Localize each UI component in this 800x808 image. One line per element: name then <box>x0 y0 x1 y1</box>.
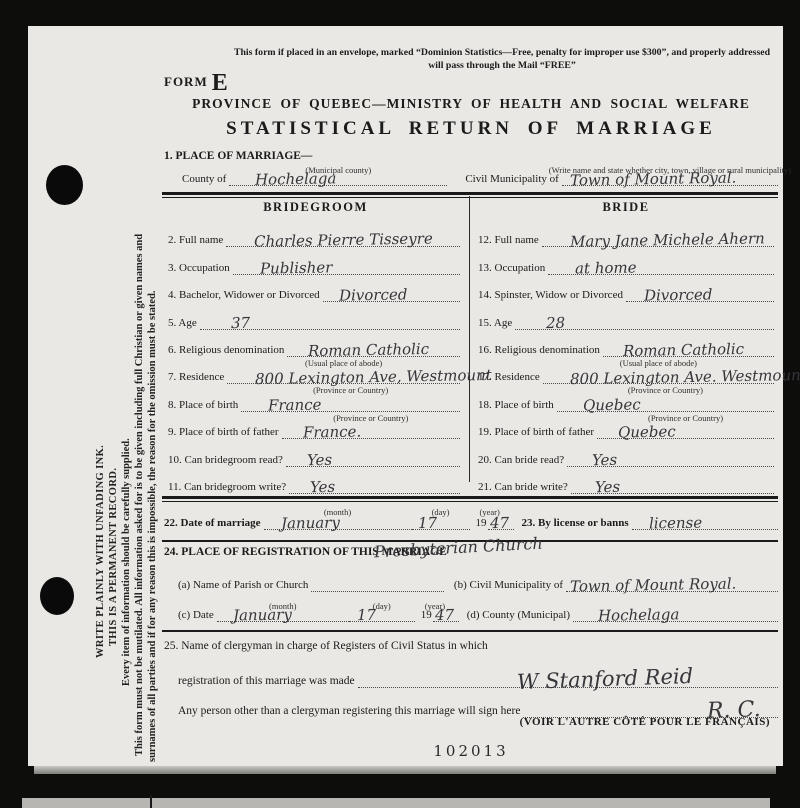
registration-day-caption: (day) <box>373 601 391 611</box>
license-or-banns-label: 23. By license or banns <box>514 517 632 530</box>
day-fill-line: 17 (day) <box>412 505 470 530</box>
fill-in-line: Divorced <box>626 274 774 302</box>
form-row: 6. Religious denominationRoman Catholic <box>164 330 466 357</box>
county-municipal-handwritten-value: Hochelaga <box>597 605 679 624</box>
form-row: 12. Full nameMary Jane Michele Ahern <box>474 220 780 247</box>
clergyman-name-row: registration of this marriage was made W… <box>178 662 778 688</box>
field-label: 9. Place of birth of father <box>164 426 282 439</box>
fill-in-line: 800 Lexington Ave. Westmount(Usual place… <box>543 356 774 384</box>
margin-line: surnames of all parties and if for any r… <box>146 46 159 762</box>
handwritten-value: 37 <box>231 313 250 331</box>
clergyman-heading: 25. Name of clergyman in charge of Regis… <box>164 640 488 652</box>
field-label: 5. Age <box>164 317 200 330</box>
municipality-label: Civil Municipality of <box>447 173 562 186</box>
page-title: STATISTICAL RETURN OF MARRIAGE <box>162 118 780 140</box>
field-caption: (Usual place of abode) <box>305 358 382 368</box>
form-row: 14. Spinster, Widow or DivorcedDivorced <box>474 275 780 302</box>
place-of-marriage-row: County of Hochelaga (Municipal county) C… <box>182 164 778 186</box>
form-row: 5. Age37 <box>164 302 466 329</box>
fill-in-line: France(Province or Country) <box>241 383 460 411</box>
column-divider <box>469 196 470 482</box>
form-row: 2. Full nameCharles Pierre Tisseyre <box>164 220 466 247</box>
ministry-title: PROVINCE OF QUEBEC—MINISTRY OF HEALTH AN… <box>162 96 780 112</box>
fill-in-line: Quebec(Province or Country) <box>597 411 774 439</box>
handwritten-value: Yes <box>309 478 334 496</box>
fill-in-line: 28 <box>515 301 774 329</box>
field-label: 10. Can bridegroom read? <box>164 454 286 467</box>
municipality-caption: (Write name and state whether city, town… <box>549 165 791 175</box>
mail-notice-line2: will pass through the Mail “FREE” <box>224 59 780 72</box>
field-label: 3. Occupation <box>164 262 233 275</box>
field-label: 15. Age <box>474 317 515 330</box>
field-label: 12. Full name <box>474 234 542 247</box>
year-caption: (year) <box>480 507 500 517</box>
registration-year-caption: (year) <box>425 601 445 611</box>
field-label: 7. Residence <box>164 371 227 384</box>
month-caption: (month) <box>324 507 351 517</box>
fill-in-line: Roman Catholic <box>287 329 460 357</box>
form-row: 20. Can bride read?Yes <box>474 439 780 466</box>
field-caption: (Province or Country) <box>648 413 723 423</box>
municipality-fill-line: Town of Mount Royal. (Write name and sta… <box>562 163 778 186</box>
margin-line: THIS IS A PERMANENT RECORD. <box>107 46 120 762</box>
mail-notice-line1: This form if placed in an envelope, mark… <box>224 46 780 59</box>
registration-made-label: registration of this marriage was made <box>178 675 358 688</box>
place-of-marriage-heading: 1. PLACE OF MARRIAGE— <box>164 150 312 162</box>
bride-column-header: BRIDE <box>472 200 780 215</box>
handwritten-value: Publisher <box>260 258 333 277</box>
form-row: 19. Place of birth of fatherQuebec(Provi… <box>474 412 780 439</box>
mail-notice: This form if placed in an envelope, mark… <box>224 46 780 72</box>
fill-in-line: Charles Pierre Tisseyre <box>226 219 460 247</box>
clergyman-signature: W Stanford Reid <box>517 664 694 694</box>
fill-in-line: Yes <box>286 438 460 466</box>
registration-date-label: (c) Date <box>178 609 217 622</box>
field-label: 8. Place of birth <box>164 399 241 412</box>
paper-shadow <box>34 766 776 774</box>
field-label: 2. Full name <box>164 234 226 247</box>
fill-in-line: 800 Lexington Ave, Westmount(Usual place… <box>227 356 460 384</box>
county-municipal-fill-line: Hochelaga <box>573 599 778 622</box>
license-fill-line: license <box>632 505 778 530</box>
fill-in-line: Yes <box>567 438 774 466</box>
field-label: 11. Can bridegroom write? <box>164 481 289 494</box>
form-row: 7. Residence800 Lexington Ave, Westmount… <box>164 357 466 384</box>
bridegroom-column: 2. Full nameCharles Pierre Tisseyre3. Oc… <box>164 220 466 494</box>
registration-row-a-b: (a) Name of Parish or Church (b) Civil M… <box>178 570 778 592</box>
fill-in-line: Roman Catholic <box>603 329 774 357</box>
field-caption: (Province or Country) <box>313 385 388 395</box>
field-label: 13. Occupation <box>474 262 548 275</box>
clergyman-fill-line: W Stanford Reid <box>358 661 778 688</box>
serial-number: 102013 <box>162 742 780 760</box>
punch-hole-icon <box>40 577 74 615</box>
field-label: 17. Residence <box>474 371 543 384</box>
civil-municipality-fill-line: Town of Mount Royal. <box>566 569 778 592</box>
field-label: 18. Place of birth <box>474 399 557 412</box>
other-signer-row: Any person other than a clergyman regist… <box>178 692 778 718</box>
field-label: 20. Can bride read? <box>474 454 567 467</box>
registration-year-fill-line: 47 (year) <box>433 599 459 622</box>
form-row: 21. Can bride write?Yes <box>474 467 780 494</box>
form-row: 16. Religious denominationRoman Catholic <box>474 330 780 357</box>
fill-in-line: Publisher <box>233 246 460 274</box>
form-letter: E <box>208 70 228 96</box>
form-row: 17. Residence800 Lexington Ave. Westmoun… <box>474 357 780 384</box>
next-page-mark <box>150 795 152 808</box>
form-row: 9. Place of birth of fatherFrance.(Provi… <box>164 412 466 439</box>
double-rule <box>162 496 778 502</box>
license-handwritten-value: license <box>649 514 702 533</box>
registration-month-caption: (month) <box>269 601 296 611</box>
field-caption: (Province or Country) <box>628 385 703 395</box>
handwritten-value: 28 <box>546 313 565 331</box>
day-caption: (day) <box>432 507 450 517</box>
scanned-document: WRITE PLAINLY WITH UNFADING INK. THIS IS… <box>0 0 800 808</box>
french-side-note: (VOIR L'AUTRE CÔTÉ POUR LE FRANÇAIS) <box>162 716 770 728</box>
field-caption: (Province or Country) <box>333 413 408 423</box>
church-handwritten-value: Presbyterian Church <box>374 534 543 562</box>
county-label: County of <box>182 173 229 186</box>
fill-in-line: Divorced <box>323 274 460 302</box>
marriage-date-row: 22. Date of marriage January (month) 17 … <box>164 506 778 530</box>
next-page-edge <box>22 798 770 808</box>
civil-municipality-handwritten-value: Town of Mount Royal. <box>570 575 737 596</box>
county-caption: (Municipal county) <box>305 165 371 175</box>
margin-instructions: WRITE PLAINLY WITH UNFADING INK. THIS IS… <box>94 46 159 762</box>
field-label: 21. Can bride write? <box>474 481 571 494</box>
fill-in-line: Quebec(Province or Country) <box>557 383 774 411</box>
form-row: 4. Bachelor, Widower or DivorcedDivorced <box>164 275 466 302</box>
form-row: 8. Place of birthFrance(Province or Coun… <box>164 384 466 411</box>
date-of-marriage-label: 22. Date of marriage <box>164 517 264 530</box>
form-row: 15. Age28 <box>474 302 780 329</box>
form-designation: FORME <box>164 70 228 97</box>
fill-in-line: France.(Province or Country) <box>282 411 460 439</box>
margin-line: This form must not be mutilated. All inf… <box>133 46 146 762</box>
fill-in-line: Yes <box>571 466 774 494</box>
fill-in-line: at home <box>548 246 774 274</box>
parish-label: (a) Name of Parish or Church <box>178 579 311 592</box>
parish-fill-line <box>311 569 443 592</box>
fill-in-line: Yes <box>289 466 460 494</box>
bridegroom-column-header: BRIDEGROOM <box>162 200 469 215</box>
year-fill-line: 47 (year) <box>488 505 514 530</box>
form-word: FORM <box>164 74 208 89</box>
county-municipal-label: (d) County (Municipal) <box>459 609 573 622</box>
form-body: This form if placed in an envelope, mark… <box>162 26 780 766</box>
month-fill-line: January (month) <box>264 505 412 530</box>
form-row: 13. Occupationat home <box>474 247 780 274</box>
registration-row-c-d: (c) Date January (month) 17 (day) 19 47 … <box>178 600 778 622</box>
bride-column: 12. Full nameMary Jane Michele Ahern13. … <box>474 220 780 494</box>
year-prefix: 19 <box>470 517 488 530</box>
form-row: 3. OccupationPublisher <box>164 247 466 274</box>
fill-in-line: Mary Jane Michele Ahern <box>542 219 774 247</box>
margin-line: WRITE PLAINLY WITH UNFADING INK. <box>94 46 107 762</box>
registration-month-fill-line: January (month) <box>217 599 349 622</box>
form-row: 10. Can bridegroom read?Yes <box>164 439 466 466</box>
punch-hole-icon <box>46 165 83 205</box>
form-row: 18. Place of birthQuebec(Province or Cou… <box>474 384 780 411</box>
margin-line: Every item of information should be care… <box>120 46 133 762</box>
form-row: 11. Can bridegroom write?Yes <box>164 467 466 494</box>
other-signer-fill-line: R. C. <box>523 691 778 718</box>
registration-day-fill-line: 17 (day) <box>349 599 415 622</box>
county-fill-line: Hochelaga (Municipal county) <box>229 163 447 186</box>
field-caption: (Usual place of abode) <box>620 358 697 368</box>
civil-municipality-label: (b) Civil Municipality of <box>444 579 566 592</box>
handwritten-value: Yes <box>595 478 620 496</box>
fill-in-line: 37 <box>200 301 460 329</box>
section-rule <box>162 630 778 632</box>
